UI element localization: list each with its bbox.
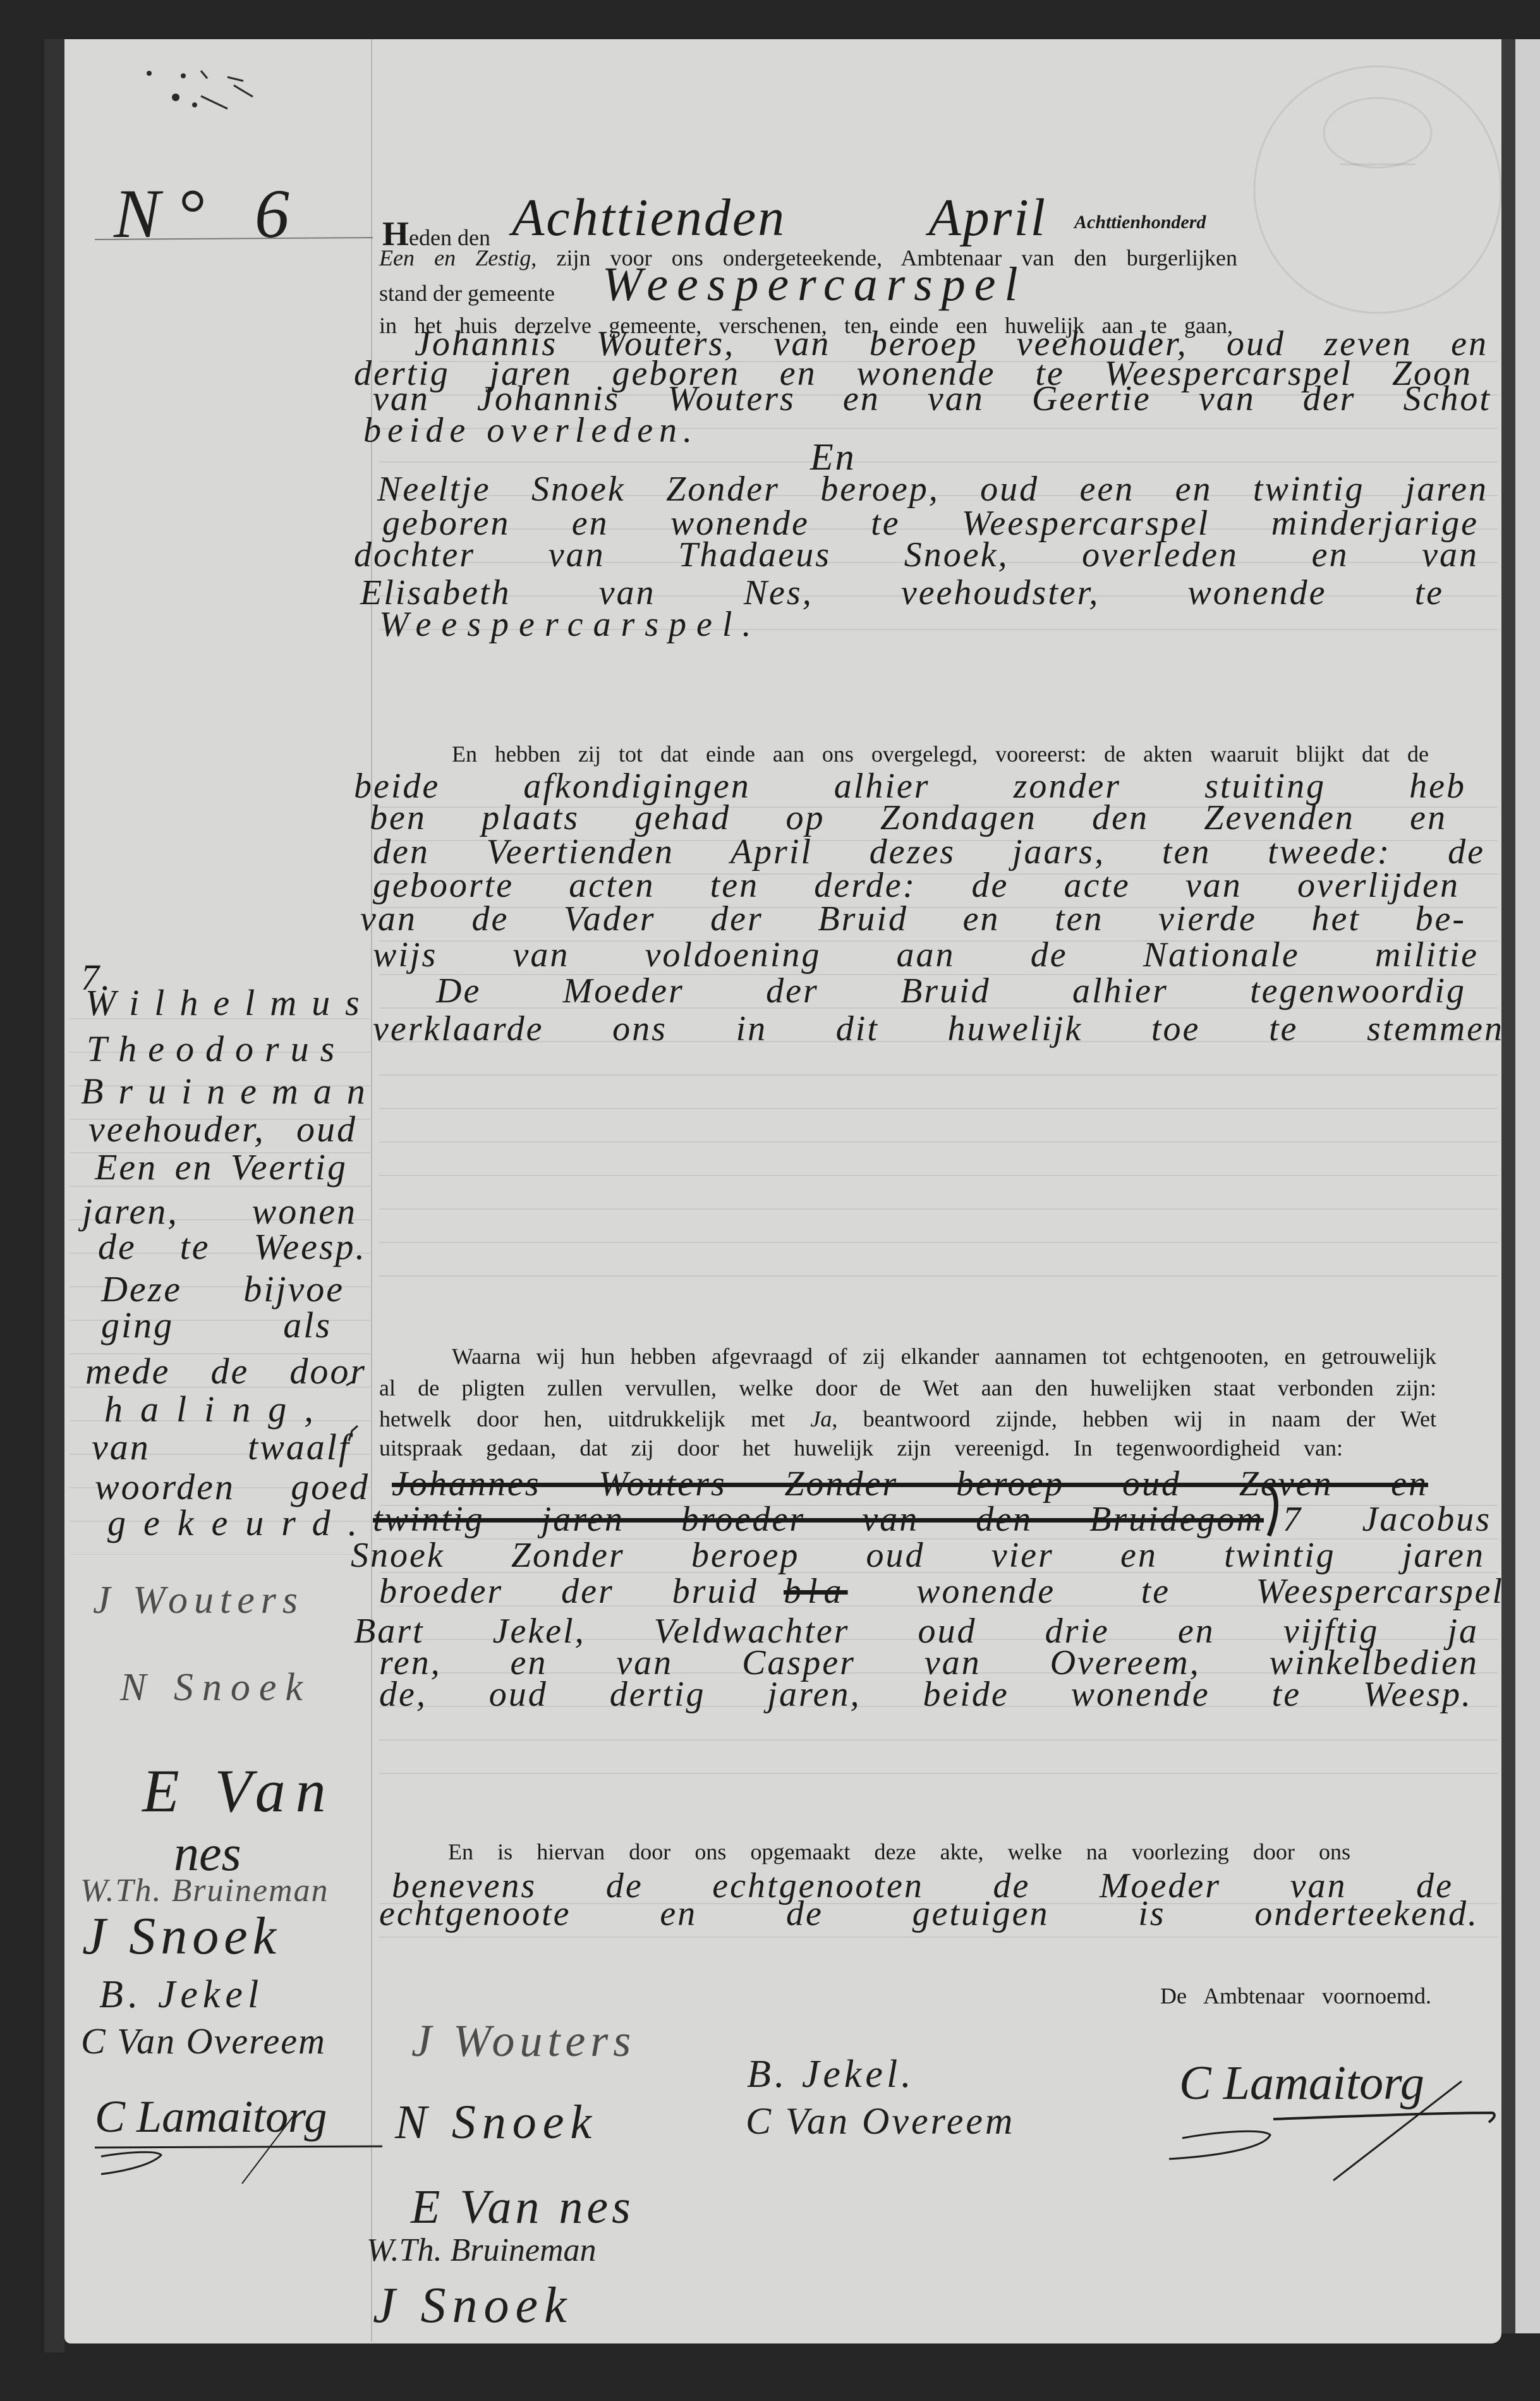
signature: B. Jekel xyxy=(99,1975,264,2014)
signature: W.Th. Bruineman xyxy=(80,1875,329,1907)
margin-note-line: veehouder, oud xyxy=(88,1111,357,1148)
margin-note-line: haling, xyxy=(104,1391,331,1428)
adjacent-page-edge xyxy=(1515,39,1540,2333)
struck-witness-line: Johannes Wouters Zonder beroep oud Zeven… xyxy=(392,1466,1428,1502)
signature: W.Th. Bruineman xyxy=(367,2234,597,2267)
witness-line: de, oud dertig jaren, beide wonende te W… xyxy=(379,1677,1472,1712)
handwritten-date: Achttienden April xyxy=(512,191,1047,245)
signature: C Van Overeem xyxy=(746,2102,1015,2140)
margin-note-line: Bruineman xyxy=(81,1073,380,1110)
signature: E Van nes xyxy=(411,2183,634,2231)
margin-note-line: Deze bijvoe xyxy=(101,1271,344,1308)
margin-note-line: mede de door xyxy=(85,1353,367,1390)
signature: J Snoek xyxy=(82,1910,281,1963)
margin-note-line: gekeurd. xyxy=(107,1505,375,1541)
documents-line: den Veertienden April dezes jaars, ten t… xyxy=(373,834,1485,870)
signature: C Lamaitorg xyxy=(95,2094,327,2139)
margin-note-line: van twaalf xyxy=(92,1429,351,1466)
printed-documents-intro: En hebben zij tot dat einde aan ons over… xyxy=(452,743,1429,765)
printed-closing: En is hiervan door ons opgemaakt deze ak… xyxy=(448,1840,1350,1863)
signature: N Snoek xyxy=(120,1668,312,1707)
margin-note-line: Een en Veertig xyxy=(95,1149,348,1186)
signature: J Snoek xyxy=(373,2280,573,2331)
scanned-register-page: N° 6 Heden den Achttienden April Achttie… xyxy=(0,0,1540,2401)
signature: J Wouters xyxy=(411,2018,636,2064)
handwritten-municipality: Weespercarspel xyxy=(602,260,1027,308)
margin-note-line: Wilhelmus xyxy=(85,985,375,1021)
bride-line: Neeltje Snoek Zonder beroep, oud een en … xyxy=(377,471,1488,507)
margin-note-line: jaren, wonen xyxy=(82,1193,357,1230)
printed-ceremony-line: al de pligten zullen vervullen, welke do… xyxy=(379,1377,1436,1399)
witness-line: broeder der bruid xyxy=(379,1574,758,1609)
documents-line: ben plaats gehad op Zondagen den Zevende… xyxy=(370,800,1447,836)
struck-word: bla xyxy=(784,1574,848,1609)
witness-insert: 7 Jacobus xyxy=(1283,1502,1491,1537)
printed-ceremony-text: hetwelk door hen, uitdrukkelijk met xyxy=(379,1406,785,1431)
printed-year-part2: Een en Zestig xyxy=(379,245,531,270)
bride-line: dochter van Thadaeus Snoek, overleden en… xyxy=(354,537,1479,573)
signature: C Van Overeem xyxy=(81,2023,326,2060)
book-spine-edge xyxy=(1501,39,1515,2333)
printed-ceremony-text: , beantwoord zijnde, hebben wij in naam … xyxy=(832,1406,1436,1431)
margin-note-line: de te Weesp. xyxy=(98,1229,367,1265)
printed-ja: Ja xyxy=(810,1406,832,1431)
official-signature: C Lamaitorg xyxy=(1179,2059,1424,2107)
binding-edge xyxy=(44,39,64,2352)
signature: nes xyxy=(174,1828,241,1879)
documents-line: verklaarde ons in dit huwelijk toe te st… xyxy=(373,1011,1504,1047)
printed-intro-line3: stand der gemeente xyxy=(379,282,555,305)
witness-line: Snoek Zonder beroep oud vier en twintig … xyxy=(351,1538,1485,1573)
record-number: N° 6 xyxy=(114,179,306,248)
documents-line: geboorte acten ten derde: de acte van ov… xyxy=(373,868,1460,903)
margin-note-line: ging als xyxy=(101,1307,332,1344)
printed-ceremony-line: Waarna wij hun hebben afgevraagd of zij … xyxy=(452,1345,1436,1368)
witness-line: wonende te Weespercarspel xyxy=(916,1574,1504,1609)
official-label: De Ambtenaar voornoemd. xyxy=(1160,1985,1431,2007)
margin-note-line: Theodorus xyxy=(87,1031,346,1067)
groom-line: beide overleden. xyxy=(363,413,698,448)
bride-line: Weespercarspel. xyxy=(379,607,761,642)
closing-line: echtgenoote en de getuigen is onderteeke… xyxy=(379,1896,1479,1931)
struck-witness-line: twintig jaren broeder van den Bruidegom xyxy=(373,1502,1264,1537)
signature: N Snoek xyxy=(395,2098,598,2146)
signature: J Wouters xyxy=(93,1581,304,1620)
signature: B. Jekel. xyxy=(747,2055,915,2094)
margin-note-line: woorden goed xyxy=(95,1469,370,1505)
printed-ceremony-line: uitspraak gedaan, dat zij door het huwel… xyxy=(379,1437,1343,1459)
documents-line: wijs van voldoening aan de Nationale mil… xyxy=(373,937,1479,973)
printed-year-part1: Achttienhonderd xyxy=(1074,213,1206,232)
printed-ceremony-line: hetwelk door hen, uitdrukkelijk met Ja, … xyxy=(379,1407,1436,1430)
documents-line: van de Vader der Bruid en ten vierde het… xyxy=(360,901,1466,937)
documents-line: De Moeder der Bruid alhier tegenwoordig xyxy=(436,973,1466,1009)
signature: E Van xyxy=(142,1761,336,1821)
